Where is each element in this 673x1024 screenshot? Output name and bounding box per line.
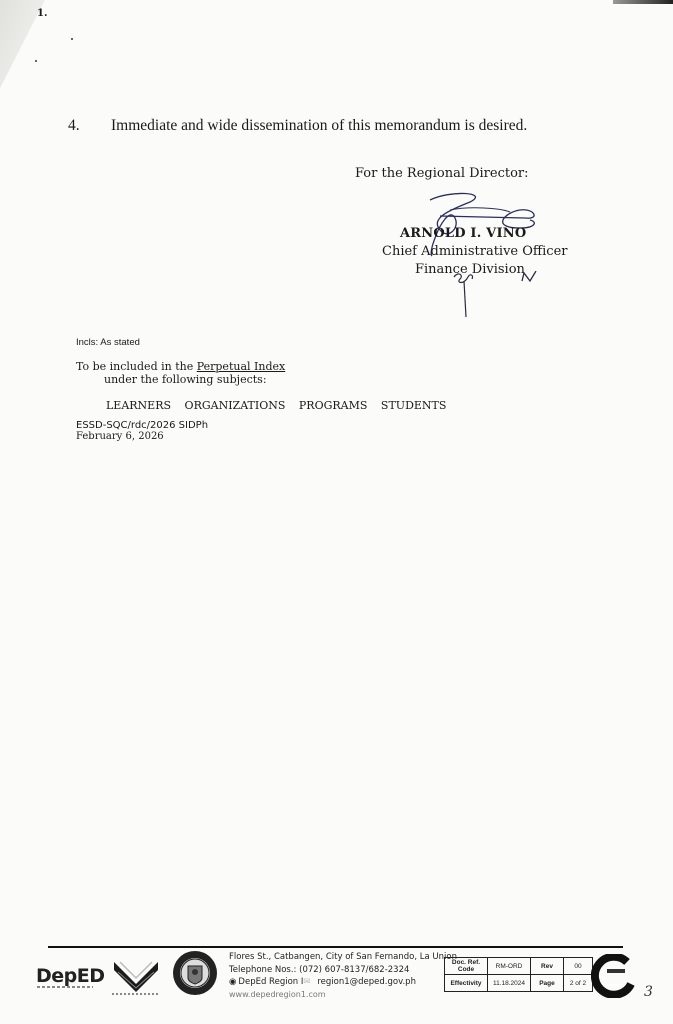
footer-address: Flores St., Catbangen, City of San Ferna… xyxy=(229,951,457,964)
reference-code: ESSD-SQC/rdc/2026 SIDPh xyxy=(76,420,208,431)
bagong-pilipinas-logo-icon xyxy=(112,958,160,992)
footer-website[interactable]: www.depedregion1.com xyxy=(229,989,457,1002)
scan-speck xyxy=(71,38,73,40)
footer-email[interactable]: region1@deped.gov.ph xyxy=(317,977,416,987)
rev-value: 00 xyxy=(564,958,593,975)
effectivity-value: 11.18.2024 xyxy=(488,975,531,992)
footer-contact-info: Flores St., Catbangen, City of San Ferna… xyxy=(229,951,457,1001)
subject-item: PROGRAMS xyxy=(299,399,368,412)
index-prefix: To be included in the xyxy=(76,360,197,373)
doc-ref-value: RM-ORD xyxy=(488,958,531,975)
signatory-title: Chief Administrative Officer xyxy=(382,244,568,259)
deped-logo: DepED xyxy=(36,965,105,987)
paragraph-number: 4. xyxy=(68,117,111,135)
subject-list: LEARNERS ORGANIZATIONS PROGRAMS STUDENTS xyxy=(106,399,456,412)
document-control-table: Doc. Ref. Code RM-ORD Rev 00 Effectivity… xyxy=(444,957,593,992)
deped-seal-icon xyxy=(172,950,218,996)
facebook-icon: ◉ xyxy=(229,977,236,987)
index-subjects-intro: under the following subjects: xyxy=(104,373,267,386)
scan-speck xyxy=(35,60,37,62)
subject-item: LEARNERS xyxy=(106,399,171,412)
handwritten-page-number: 3 xyxy=(644,984,653,1000)
signatory-name: ARNOLD I. VINO xyxy=(400,226,526,241)
iso-certification-icon xyxy=(591,954,635,998)
footer-divider xyxy=(48,946,623,948)
corner-mark: 1. xyxy=(37,8,47,19)
rev-label: Rev xyxy=(531,958,564,975)
initials-icon xyxy=(450,271,550,321)
paragraph-text: Immediate and wide dissemination of this… xyxy=(111,117,527,134)
doc-ref-label: Doc. Ref. Code xyxy=(445,958,488,975)
page-label: Page xyxy=(531,975,564,992)
footer-facebook[interactable]: DepEd Region I xyxy=(238,977,303,987)
deped-logo-tagline xyxy=(37,986,93,988)
memo-date: February 6, 2026 xyxy=(76,431,164,442)
email-icon: ✉ xyxy=(303,976,317,989)
paragraph-4: 4.Immediate and wide dissemination of th… xyxy=(68,117,527,135)
footer-telephone: Telephone Nos.: (072) 607-8137/682-2324 xyxy=(229,964,457,977)
scan-edge xyxy=(613,0,673,4)
inclusions-note: Incls: As stated xyxy=(76,337,140,348)
perpetual-index-line: To be included in the Perpetual Index xyxy=(76,360,285,373)
perpetual-index-link: Perpetual Index xyxy=(197,360,286,373)
subject-item: ORGANIZATIONS xyxy=(185,399,286,412)
effectivity-label: Effectivity xyxy=(445,975,488,992)
bagong-pilipinas-tagline xyxy=(112,993,160,995)
for-regional-director: For the Regional Director: xyxy=(355,166,575,181)
page-value: 2 of 2 xyxy=(564,975,593,992)
subject-item: STUDENTS xyxy=(381,399,447,412)
signature-block: For the Regional Director: ARNOLD I. VIN… xyxy=(355,166,575,181)
